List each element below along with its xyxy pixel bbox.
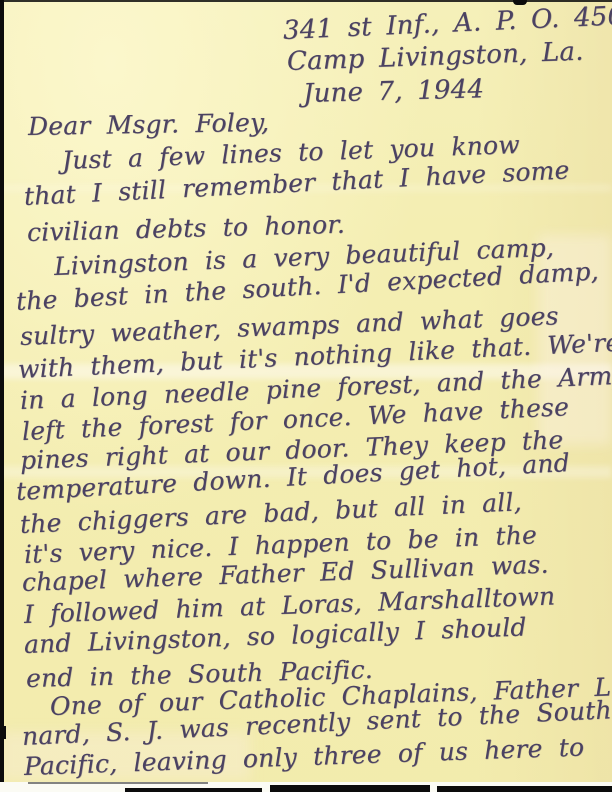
salutation: Dear Msgr. Foley, [28,108,270,141]
scan-edge-bottom-segment [437,786,612,792]
scan-edge-left [0,0,4,792]
scanned-letter-page: 341 st Inf., A. P. O. 450 Camp Livingsto… [0,0,612,792]
body-line: civilian debts to honor. [27,210,346,247]
scan-edge-bottom-segment [125,788,262,792]
scan-smudge-top [513,0,527,5]
scan-edge-bottom-thin [28,782,208,784]
scan-notch-left [0,726,6,739]
heading-date: June 7, 1944 [303,74,485,109]
scan-edge-bottom-segment [270,785,430,792]
scan-margin-bottom [0,782,612,792]
